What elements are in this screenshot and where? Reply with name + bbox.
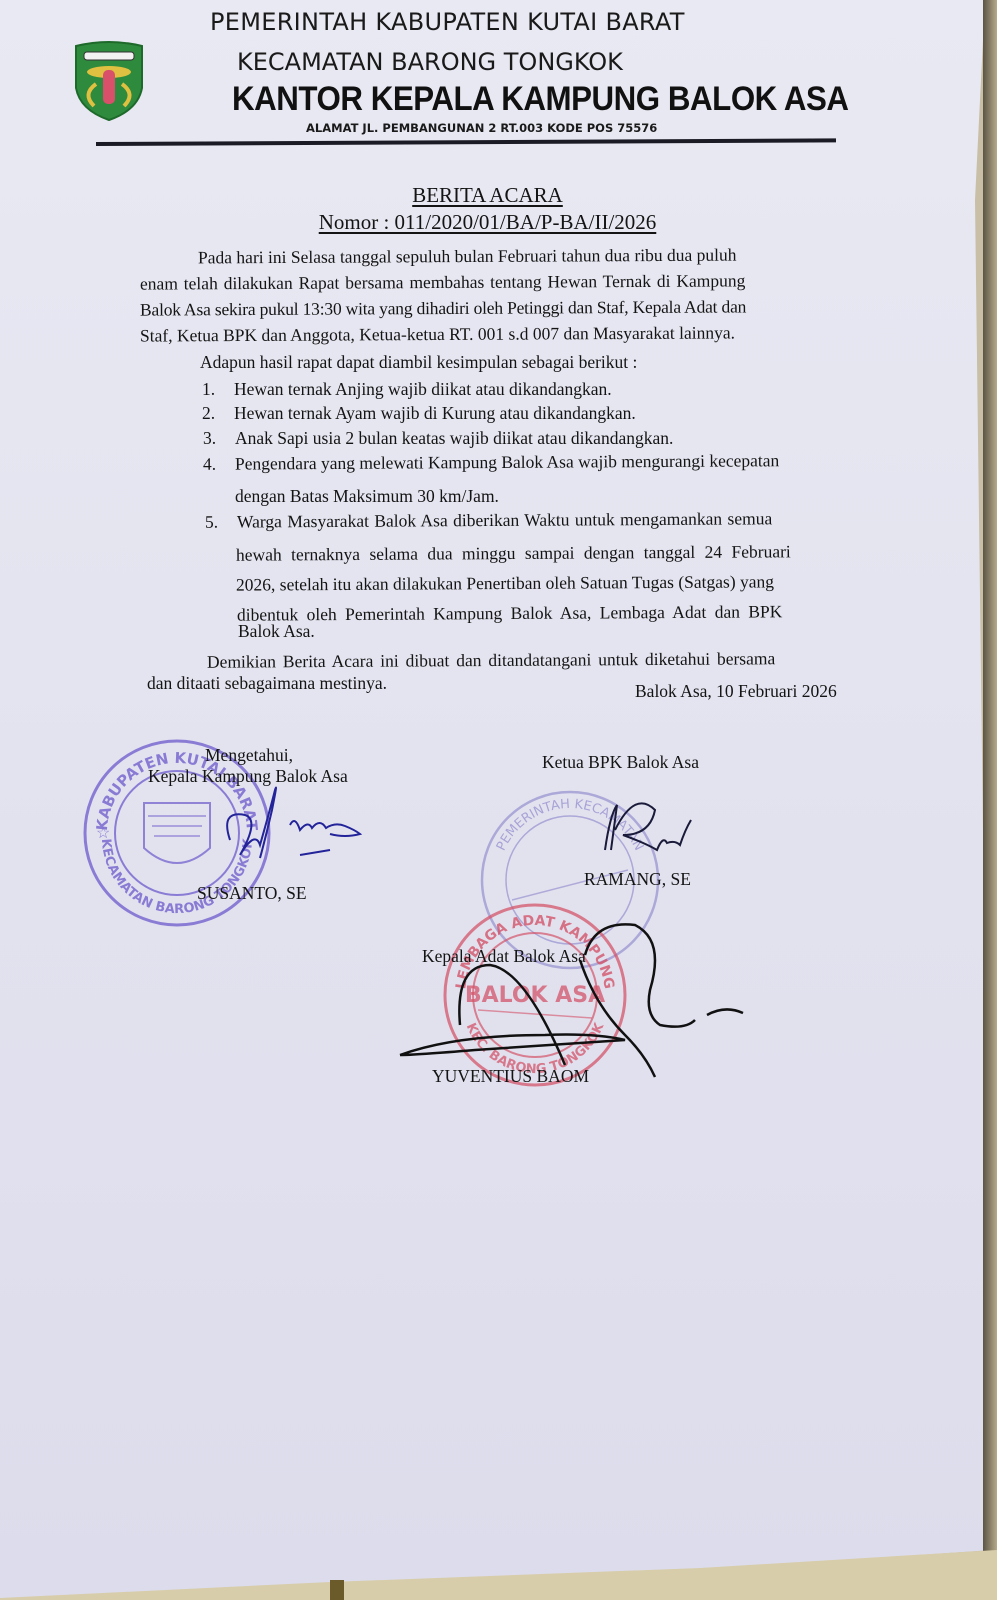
list-item: 2.Hewan ternak Ayam wajib di Kurung atau… (202, 400, 636, 426)
list-item: 5.Warga Masyarakat Balok Asa diberikan W… (205, 505, 772, 534)
document-number: Nomor : 011/2020/01/BA/P-BA/II/2026 (0, 210, 975, 235)
regency-emblem-icon (72, 40, 146, 122)
village-head-name: SUSANTO, SE (197, 883, 307, 904)
closing-line-2: dan ditaati sebagaimana mestinya. (147, 670, 387, 696)
bpk-chair-role: Ketua BPK Balok Asa (542, 752, 699, 773)
conclusion-intro: Adapun hasil rapat dapat diambil kesimpu… (200, 349, 637, 375)
list-item-continuation: dibentuk oleh Pemerintah Kampung Balok A… (237, 598, 783, 627)
acknowledge-label: Mengetahui, (205, 745, 293, 766)
list-item: 3.Anak Sapi usia 2 bulan keatas wajib di… (203, 425, 673, 451)
list-item-continuation: Balok Asa. (238, 618, 315, 644)
document-title: BERITA ACARA (0, 183, 975, 208)
letterhead-regency: PEMERINTAH KABUPATEN KUTAI BARAT (210, 8, 685, 36)
opening-line-1: Pada hari ini Selasa tanggal sepuluh bul… (198, 242, 737, 271)
opening-line-4: Staf, Ketua BPK dan Anggota, Ketua-ketua… (140, 319, 735, 348)
bpk-chair-signature-icon (595, 795, 705, 865)
letterhead-district: KECAMATAN BARONG TONGKOK (237, 48, 623, 76)
paper-edge-shadow (983, 0, 997, 1600)
bpk-chair-name: RAMANG, SE (584, 869, 691, 890)
list-item-continuation: 2026, setelah itu akan dilakukan Penerti… (236, 568, 774, 597)
svg-text:☆: ☆ (96, 825, 110, 842)
list-item-continuation: dengan Batas Maksimum 30 km/Jam. (235, 483, 499, 509)
adat-head-signature-icon (395, 915, 755, 1085)
place-and-date: Balok Asa, 10 Februari 2026 (635, 678, 837, 704)
opening-line-3: Balok Asa sekira pukul 13:30 wita yang d… (140, 293, 746, 322)
list-item: 1.Hewan ternak Anjing wajib diikat atau … (202, 376, 612, 402)
pen-object (330, 1580, 344, 1600)
village-head-signature-icon (200, 770, 370, 870)
list-item: 4.Pengendara yang melewati Kampung Balok… (203, 447, 779, 477)
letterhead-office: KANTOR KEPALA KAMPUNG BALOK ASA (232, 80, 849, 119)
opening-line-2: enam telah dilakukan Rapat bersama memba… (140, 267, 745, 296)
adat-head-name: YUVENTIUS BAOM (432, 1066, 589, 1087)
letterhead-address: ALAMAT JL. PEMBANGUNAN 2 RT.003 KODE POS… (306, 121, 657, 135)
list-item-continuation: hewah ternaknya selama dua minggu sampai… (236, 538, 791, 567)
